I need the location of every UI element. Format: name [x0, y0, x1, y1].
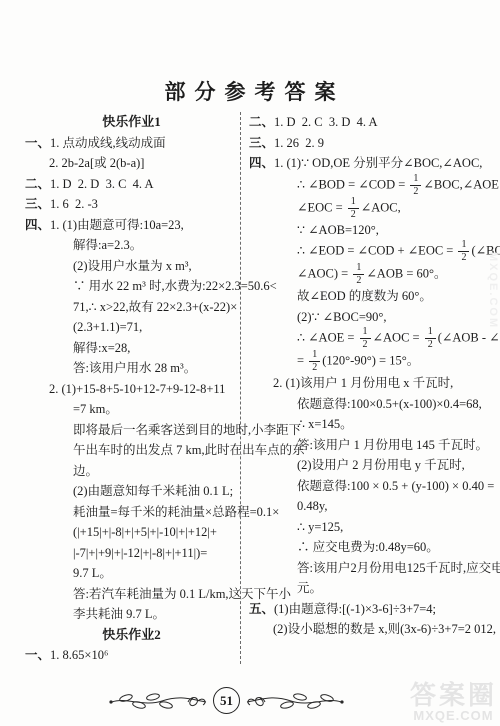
section-heading: 快乐作业2	[25, 625, 238, 646]
answer-line: ∠EOC = 12∠AOC,	[249, 197, 482, 220]
answer-line: 71,∴ x>22,故有 22×2.3+(x-22)×	[25, 297, 238, 318]
answer-line: 答:该用户2月份用电125千瓦时,应交电费60	[249, 558, 482, 579]
answer-line: ∠AOC) = 12∠AOB = 60°。	[249, 263, 482, 286]
answer-line: 即将最后一名乘客送到目的地时,小李距下	[25, 420, 238, 441]
answer-line: ∵ ∠AOB=120°,	[249, 220, 482, 241]
fraction: 12	[309, 350, 320, 373]
page-footer: 51	[108, 687, 345, 714]
fraction: 12	[425, 327, 436, 350]
answer-line: 边。	[25, 461, 238, 482]
fraction: 12	[458, 240, 469, 263]
watermark-url: MXQE.COM	[410, 709, 497, 722]
fraction: 12	[348, 197, 359, 220]
answer-line: 9.7 L。	[25, 563, 238, 584]
answer-line: ∴ 应交电费为:0.48y=60。	[249, 537, 482, 558]
answer-line: = 12(120°-90°) = 15°。	[249, 350, 482, 373]
answer-line: ∴ x=145。	[249, 414, 482, 435]
answer-line: ∵ 用水 22 m³ 时,水费为:22×2.3=50.6<	[25, 276, 238, 297]
answer-line: ∴ ∠EOD = ∠COD + ∠EOC = 12(∠BOC +	[249, 240, 482, 263]
answer-line: 0.48y,	[249, 496, 482, 517]
answer-line: ∴ ∠BOD = ∠COD = 12∠BOC,∠AOE =	[249, 174, 482, 197]
answer-line: 三、1. 6 2. -3	[25, 194, 238, 215]
answer-line: 李共耗油 9.7 L。	[25, 604, 238, 625]
answer-line: 2. (1)+15-8+5-10+12-7+9-12-8+11	[25, 379, 238, 400]
answer-line: ∴ y=125,	[249, 517, 482, 538]
page-title: 部分参考答案	[0, 76, 500, 106]
answer-line: 一、1. 点动成线,线动成面	[25, 133, 238, 154]
answer-line: 依题意得:100×0.5+(x-100)×0.4=68,	[249, 394, 482, 415]
answer-line: (2.3+1.1)=71,	[25, 317, 238, 338]
page: 部分参考答案 快乐作业1一、1. 点动成线,线动成面2. 2b-2a[或 2(b…	[0, 0, 500, 726]
flourish-right-icon	[245, 688, 345, 714]
fraction: 12	[360, 327, 371, 350]
answer-line: ∴ ∠AOE = 12∠AOC = 12(∠AOB - ∠BOC)	[249, 327, 482, 350]
answer-line: 答:该用户 1 月份用电 145 千瓦时。	[249, 435, 482, 456]
answer-line: (|+15|+|-8|+|+5|+|-10|+|+12|+	[25, 522, 238, 543]
answer-line: (2)∵ ∠BOC=90°,	[249, 307, 482, 328]
answer-line: 2. (1)该用户 1 月份用电 x 千瓦时,	[249, 373, 482, 394]
column-divider	[240, 112, 241, 664]
right-column: 二、1. D 2. C 3. D 4. A三、1. 26 2. 9四、1. (1…	[249, 112, 482, 640]
fraction: 12	[410, 174, 421, 197]
fraction: 12	[353, 263, 364, 286]
answer-line: 耗油量=每千米的耗油量×总路程=0.1×	[25, 502, 238, 523]
answer-line: 2. 2b-2a[或 2(b-a)]	[25, 153, 238, 174]
answer-line: 四、1. (1)∵ OD,OE 分别平分∠BOC,∠AOC,	[249, 153, 482, 174]
answer-line: 答:该用户用水 28 m³。	[25, 358, 238, 379]
answer-line: 答:若汽车耗油量为 0.1 L/km,这天下午小	[25, 584, 238, 605]
answer-line: (2)设小聪想的数是 x,则(3x-6)÷3+7=2 012,	[249, 619, 482, 640]
answer-line: (2)设用户 2 月份用电 y 千瓦时,	[249, 455, 482, 476]
answer-line: |-7|+|+9|+|-12|+|-8|+|+11|)=	[25, 543, 238, 564]
answer-line: 依题意得:100 × 0.5 + (y-100) × 0.40 =	[249, 476, 482, 497]
page-number: 51	[213, 687, 240, 714]
answer-line: 解得:a=2.3。	[25, 235, 238, 256]
answer-line: (2)设用户水量为 x m³,	[25, 256, 238, 277]
flourish-left-icon	[108, 688, 208, 714]
section-heading: 快乐作业1	[25, 112, 238, 133]
watermark-brand: 答案圈	[410, 682, 497, 709]
answer-line: 四、1. (1)由题意可得:10a=23,	[25, 215, 238, 236]
answer-line: =7 km。	[25, 399, 238, 420]
left-column: 快乐作业1一、1. 点动成线,线动成面2. 2b-2a[或 2(b-a)]二、1…	[25, 112, 238, 666]
answer-line: 元。	[249, 578, 482, 599]
answer-line: 午出车时的出发点 7 km,此时在出车点的东	[25, 440, 238, 461]
answer-line: (2)由题意知每千米耗油 0.1 L;	[25, 481, 238, 502]
answer-line: 二、1. D 2. C 3. D 4. A	[249, 112, 482, 133]
answer-line: 三、1. 26 2. 9	[249, 133, 482, 154]
answer-line: 五、(1)由题意得:[(-1)×3-6]÷3+7=4;	[249, 599, 482, 620]
answer-line: 二、1. D 2. D 3. C 4. A	[25, 174, 238, 195]
watermark: 答案圈 MXQE.COM	[410, 682, 497, 722]
answer-line: 解得:x=28,	[25, 338, 238, 359]
answer-line: 一、1. 8.65×10⁶	[25, 645, 238, 666]
answer-line: 故∠EOD 的度数为 60°。	[249, 286, 482, 307]
side-watermark: MXQE.COM	[487, 252, 499, 329]
